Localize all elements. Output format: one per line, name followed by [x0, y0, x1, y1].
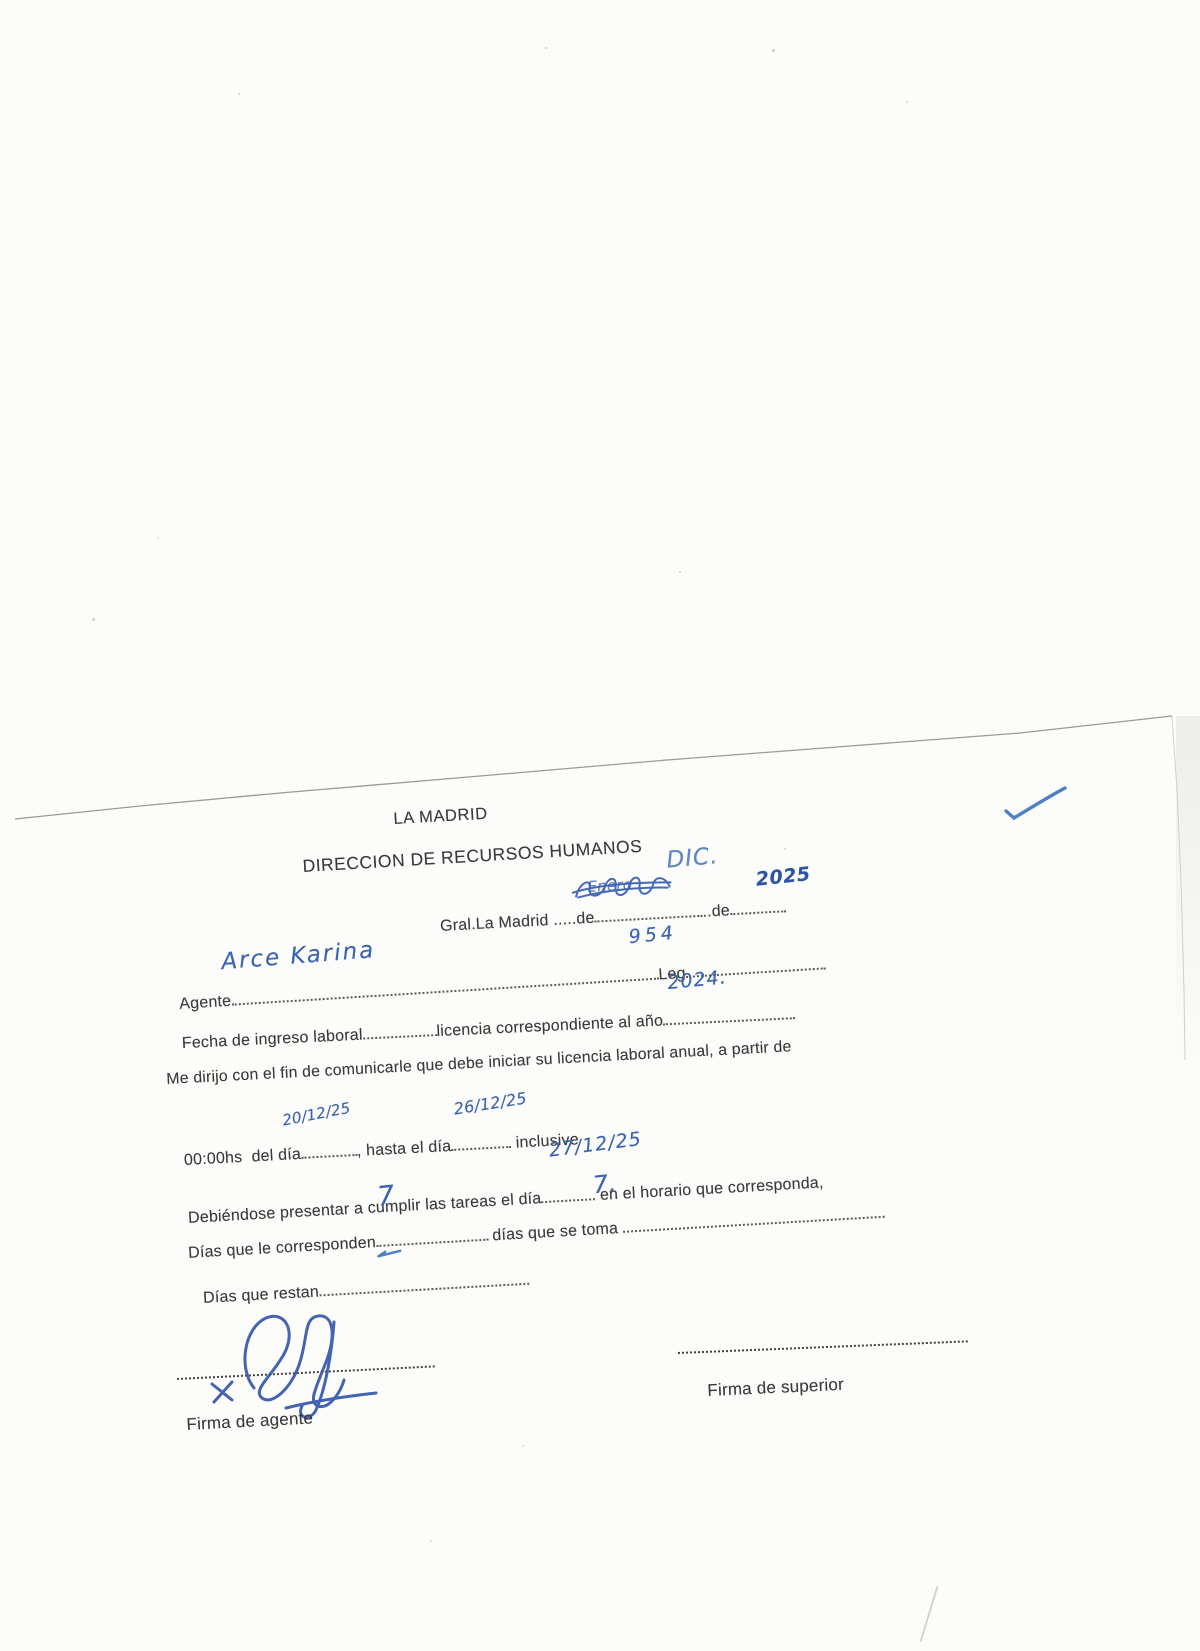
handwritten-date-to: 26/12/25 — [453, 1090, 528, 1117]
date-line-mid: ..de — [702, 902, 730, 920]
handwritten-date-from: 20/12/25 — [281, 1101, 352, 1129]
handwritten-days-taken: 7. — [592, 1171, 618, 1197]
scan-speck — [906, 101, 908, 103]
edge-shadow — [1176, 716, 1200, 1076]
leader-dots — [594, 902, 703, 923]
agent-label: Agente — [179, 993, 232, 1013]
scan-speck — [522, 1445, 524, 1447]
leader-dots — [300, 1141, 357, 1159]
scan-scratch — [920, 1586, 939, 1642]
scan-speck — [430, 1540, 432, 1542]
days-mid: días que se toma — [487, 1220, 623, 1245]
leader-dots — [375, 1226, 488, 1247]
leader-dots — [622, 1203, 884, 1233]
scribbled-month: Enero — [569, 871, 674, 905]
ingreso-mid: licencia correspondiente al año — [436, 1012, 663, 1040]
scanned-document-page: LA MADRID DIRECCION DE RECURSOS HUMANOS … — [0, 0, 1200, 1651]
form-subtitle: DIRECCION DE RECURSOS HUMANOS — [302, 836, 643, 877]
scan-speck — [784, 848, 786, 850]
scribble-icon — [569, 871, 674, 905]
dates-mid: , hasta el día — [356, 1138, 451, 1160]
dates-prefix: 00:00hs del día — [184, 1146, 302, 1169]
handwritten-month: DIC. — [666, 845, 720, 873]
handwritten-leg-number: 954 — [628, 924, 678, 948]
days-prefix: Días que le corresponden — [188, 1234, 377, 1262]
scan-speck — [772, 49, 775, 52]
leader-dots — [663, 1004, 796, 1025]
superior-signature-rule — [678, 1340, 968, 1354]
scan-speck — [545, 47, 547, 49]
leader-dots — [362, 1021, 437, 1039]
scan-speck — [92, 618, 95, 621]
left-dash-icon — [372, 1247, 403, 1261]
superior-signature-label: Firma de superior — [707, 1375, 844, 1401]
handwritten-agent-name: Arce Karina — [221, 939, 377, 974]
scan-speck — [679, 571, 681, 573]
leader-dots — [729, 897, 786, 915]
form-title: LA MADRID — [393, 805, 488, 829]
scan-speck — [238, 93, 240, 95]
ingreso-label: Fecha de ingreso laboral — [182, 1027, 364, 1053]
leader-dots — [541, 1185, 596, 1203]
scan-speck — [157, 537, 159, 539]
handwritten-year: 2025 — [755, 865, 812, 890]
leader-dots — [451, 1133, 512, 1151]
handwritten-license-year: 2024. — [667, 968, 728, 993]
handwritten-days-entitled: 7 — [376, 1182, 396, 1211]
checkmark-icon — [998, 780, 1072, 828]
signature-icon — [168, 1292, 438, 1424]
